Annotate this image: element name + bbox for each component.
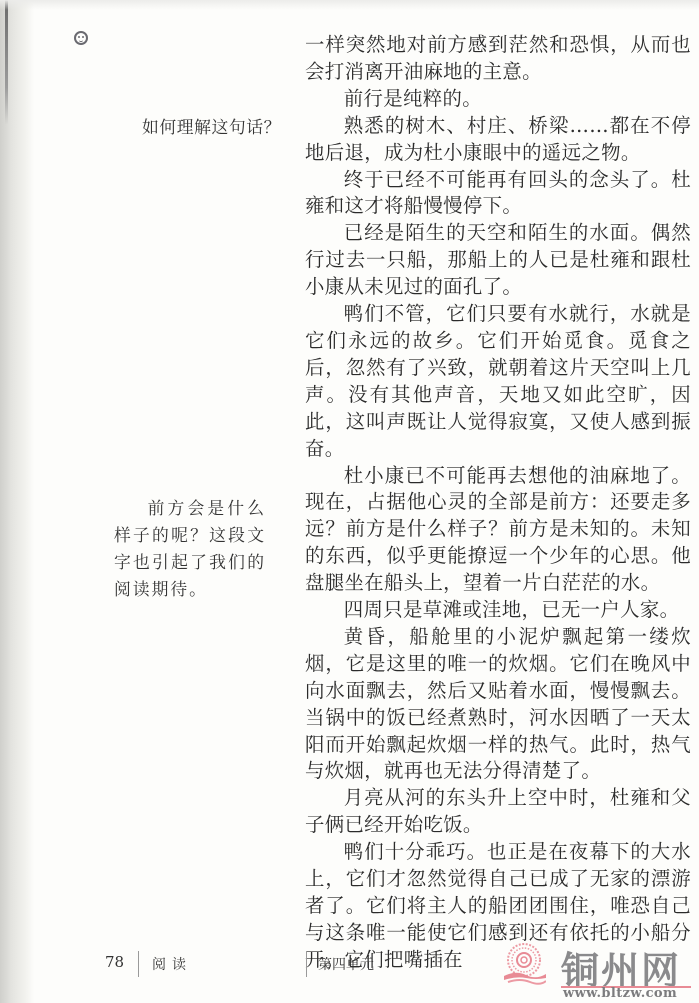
footer-divider: [306, 951, 307, 977]
top-shadow: [0, 0, 699, 10]
watermark: 铜州网 www.bltzw.com: [497, 942, 697, 1000]
paragraph: 杜小康已不可能再去想他的油麻地了。现在，占据他心灵的全部是前方：还要走多远？前方…: [305, 463, 691, 598]
paragraph: 鸭们不管，它们只要有水就行，水就是它们永远的故乡。它们开始觅食。觅食之后，忽然有…: [305, 301, 691, 462]
side-note-2: 前方会是什么样子的呢？这段文字也引起了我们的阅读期待。: [114, 495, 266, 603]
paragraph: 前行是纯粹的。: [305, 86, 691, 113]
footer-unit-label: 第四单元: [318, 954, 374, 974]
page-binding-edge: [0, 0, 34, 1003]
paragraph: 黄昏，船舱里的小泥炉飘起第一缕炊烟，它是这里的唯一的炊烟。它们在晚风中向水面飘去…: [305, 624, 691, 785]
smiley-face-icon: [74, 31, 88, 45]
watermark-url: www.bltzw.com: [563, 986, 677, 1001]
paragraph: 月亮从河的东头升上空中时，杜雍和父子俩已经开始吃饭。: [305, 785, 691, 839]
seal-logo-icon: [502, 942, 546, 986]
page-number: 78: [105, 953, 124, 971]
footer-section-label: 阅读: [152, 954, 192, 974]
paragraph: 一样突然地对前方感到茫然和恐惧，从而也会打消离开油麻地的主意。: [305, 32, 691, 86]
paragraph: 四周只是草滩或洼地，已无一户人家。: [305, 597, 691, 624]
paragraph: 熟悉的树木、村庄、桥梁……都在不停地后退，成为杜小康眼中的遥远之物。: [305, 113, 691, 167]
footer-divider: [138, 951, 139, 977]
paragraph: 终于已经不可能再有回头的念头了。杜雍和这才将船慢慢停下。: [305, 167, 691, 221]
side-note-1: 如何理解这句话？: [142, 114, 281, 141]
main-text-body: 一样突然地对前方感到茫然和恐惧，从而也会打消离开油麻地的主意。 前行是纯粹的。 …: [305, 32, 691, 974]
paragraph: 已经是陌生的天空和陌生的水面。偶然行过去一只船，那船上的人已是杜雍和跟杜小康从未…: [305, 220, 691, 301]
binding-groove: [5, 0, 8, 125]
